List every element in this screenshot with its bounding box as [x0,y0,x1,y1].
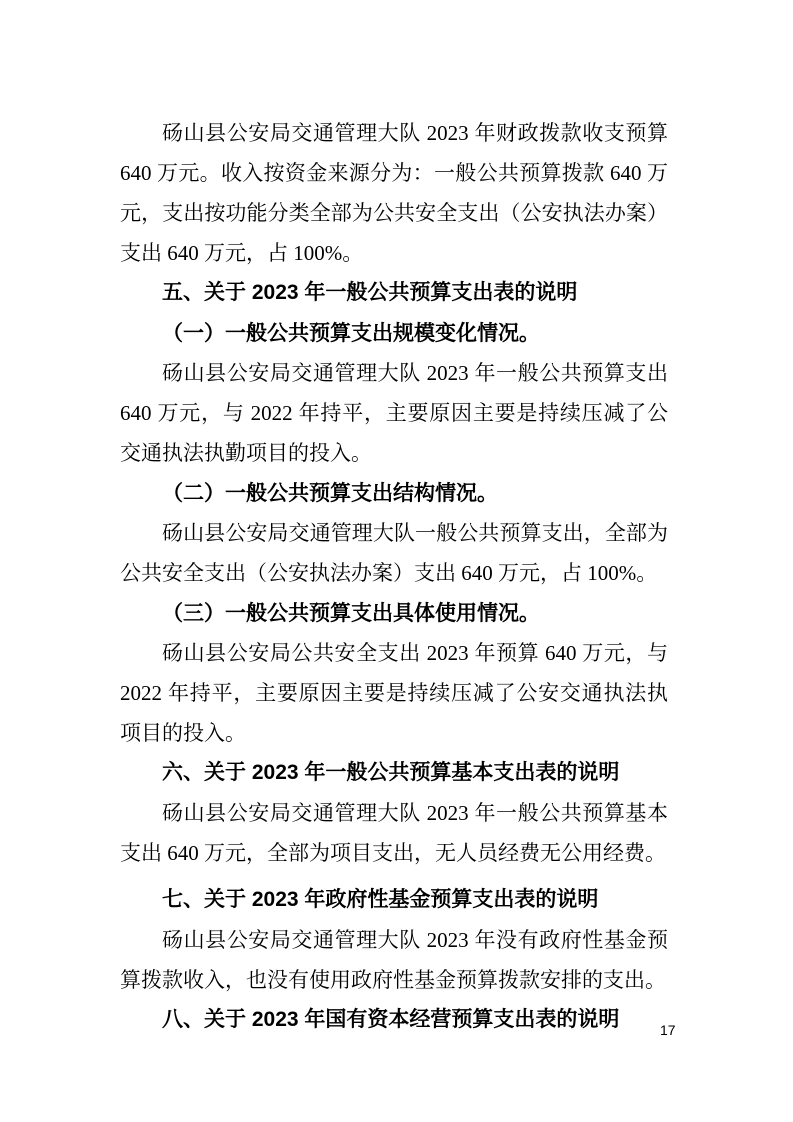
numbered-heading: 八、关于 2023 年国有资本经营预算支出表的说明 [120,1000,668,1040]
paragraph-line: 640 万元。收入按资金来源分为：一般公共预算拨款 640 万 [120,153,668,193]
page-number: 17 [660,1021,676,1039]
paragraph-line: 项目的投入。 [120,713,668,753]
paragraph-line: 交通执法执勤项目的投入。 [120,433,668,473]
paragraph: 砀山县公安局交通管理大队 2023 年一般公共预算基本支出 640 万元，全部为… [120,793,668,873]
numbered-heading: 六、关于 2023 年一般公共预算基本支出表的说明 [120,753,668,793]
paragraph-line: 2022 年持平，主要原因主要是持续压减了公安交通执法执勤 [120,673,668,713]
paragraph: 砀山县公安局交通管理大队 2023 年没有政府性基金预算拨款收入，也没有使用政府… [120,920,668,1000]
paragraph-line: 算拨款收入，也没有使用政府性基金预算拨款安排的支出。 [120,960,668,1000]
paragraph-line: 砀山县公安局交通管理大队 2023 年一般公共预算基本 [120,793,668,833]
section-heading: 七、关于 2023 年政府性基金预算支出表的说明 [120,880,668,920]
paragraph-line: 支出 640 万元，全部为项目支出，无人员经费无公用经费。 [120,833,668,873]
paragraph-line: 元，支出按功能分类全部为公共安全支出（公安执法办案） [120,193,668,233]
sub-heading: （三）一般公共预算支出具体使用情况。 [120,593,668,633]
paragraph-line: 砀山县公安局交通管理大队 2023 年财政拨款收支预算 [120,113,668,153]
section-heading: （二）一般公共预算支出结构情况。 [120,473,668,513]
paragraph-line: 公共安全支出（公安执法办案）支出 640 万元，占 100%。 [120,553,668,593]
numbered-heading: 七、关于 2023 年政府性基金预算支出表的说明 [120,880,668,920]
document-page: 砀山县公安局交通管理大队 2023 年财政拨款收支预算640 万元。收入按资金来… [0,0,793,1122]
paragraph: 砀山县公安局交通管理大队 2023 年一般公共预算支出640 万元，与 2022… [120,353,668,473]
sub-heading: （二）一般公共预算支出结构情况。 [120,473,668,513]
paragraph: 砀山县公安局交通管理大队一般公共预算支出，全部为公共安全支出（公安执法办案）支出… [120,513,668,593]
numbered-heading: 五、关于 2023 年一般公共预算支出表的说明 [120,273,668,313]
paragraph-line: 砀山县公安局交通管理大队一般公共预算支出，全部为 [120,513,668,553]
paragraph: 砀山县公安局公共安全支出 2023 年预算 640 万元，与2022 年持平，主… [120,633,668,753]
section-heading: 八、关于 2023 年国有资本经营预算支出表的说明 [120,1000,668,1040]
section-heading: （一）一般公共预算支出规模变化情况。 [120,313,668,353]
paragraph-line: 640 万元，与 2022 年持平，主要原因主要是持续压减了公安 [120,393,668,433]
section-heading: 六、关于 2023 年一般公共预算基本支出表的说明 [120,753,668,793]
paragraph-line: 砀山县公安局交通管理大队 2023 年没有政府性基金预 [120,920,668,960]
paragraph: 砀山县公安局交通管理大队 2023 年财政拨款收支预算640 万元。收入按资金来… [120,113,668,273]
section-heading: 五、关于 2023 年一般公共预算支出表的说明 [120,273,668,313]
sub-heading: （一）一般公共预算支出规模变化情况。 [120,313,668,353]
document-content: 砀山县公安局交通管理大队 2023 年财政拨款收支预算640 万元。收入按资金来… [120,113,668,1040]
paragraph-line: 支出 640 万元，占 100%。 [120,233,668,273]
paragraph-line: 砀山县公安局公共安全支出 2023 年预算 640 万元，与 [120,633,668,673]
paragraph-line: 砀山县公安局交通管理大队 2023 年一般公共预算支出 [120,353,668,393]
section-heading: （三）一般公共预算支出具体使用情况。 [120,593,668,633]
